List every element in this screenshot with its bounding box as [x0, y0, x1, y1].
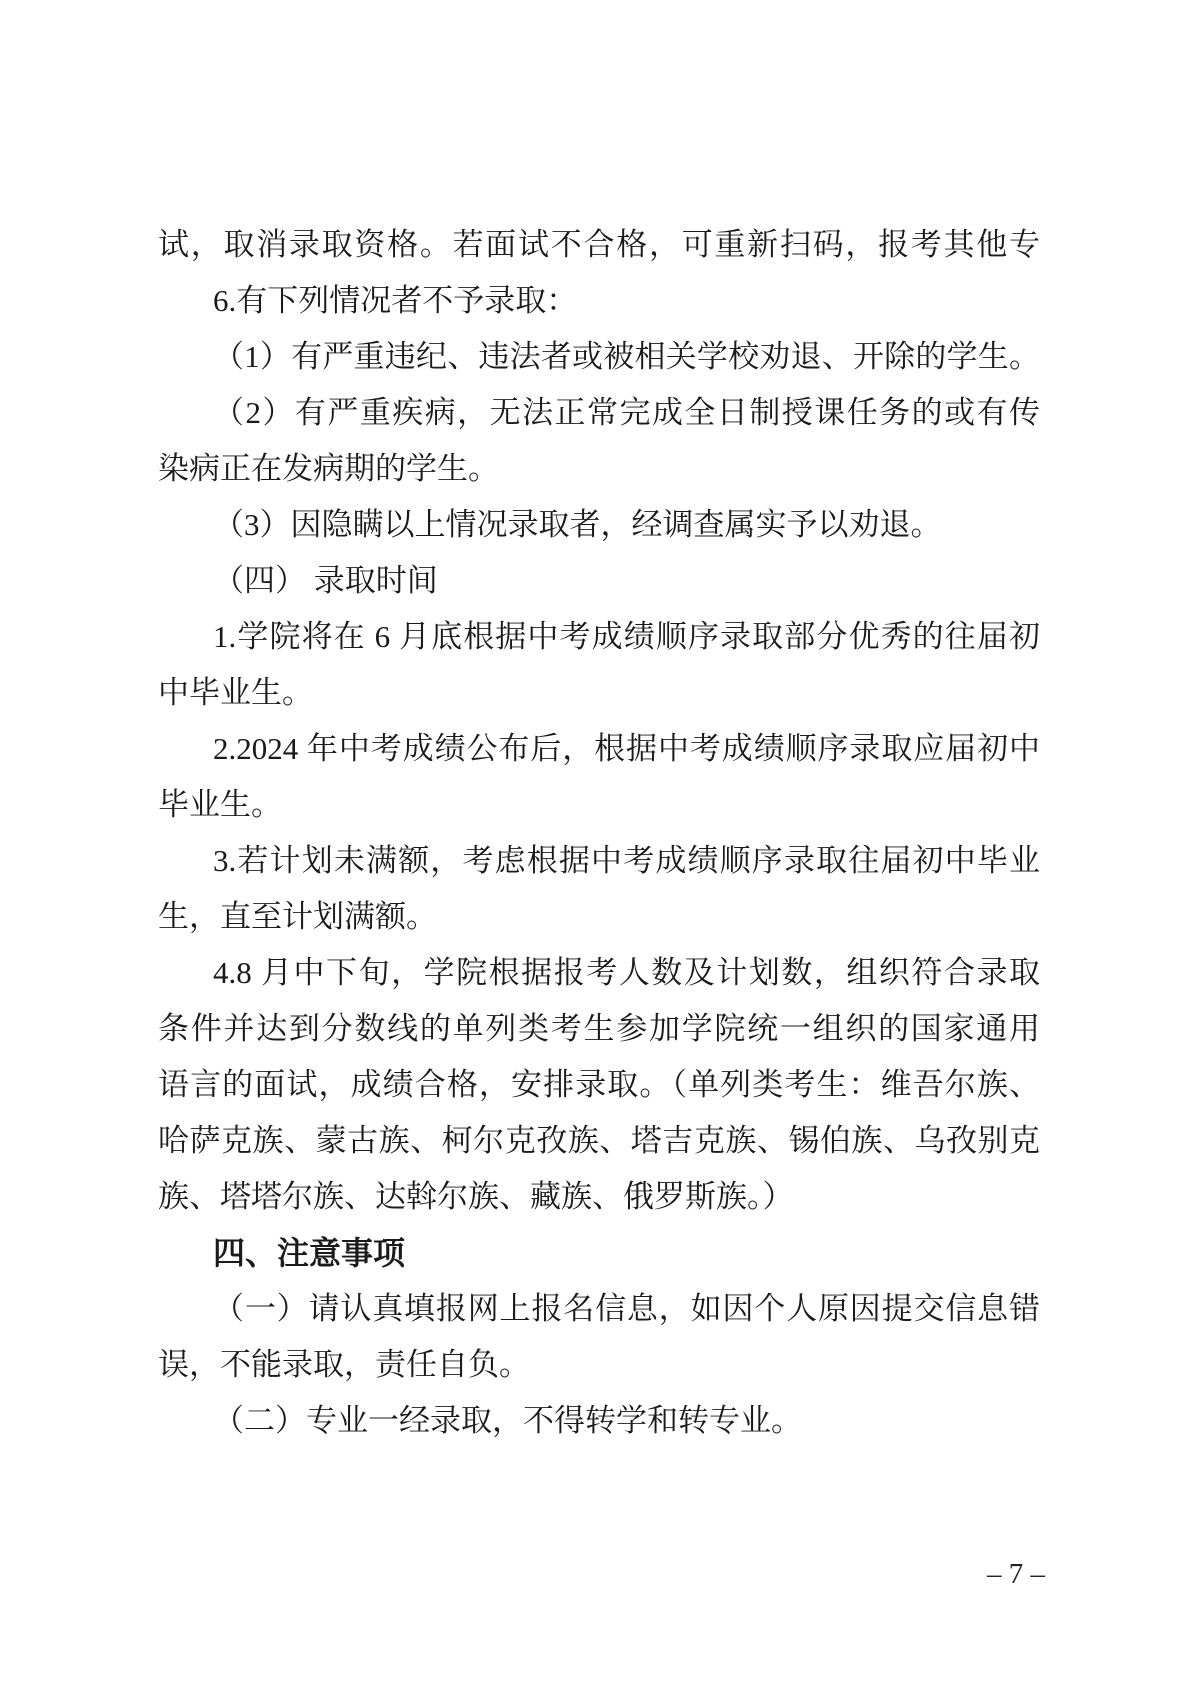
text-line: 染病正在发病期的学生。: [158, 441, 1040, 497]
text-line: 生，直至计划满额。: [158, 889, 1040, 945]
text-line: 哈萨克族、蒙古族、柯尔克孜族、塔吉克族、锡伯族、乌孜别克: [158, 1113, 1040, 1169]
subsection-heading-admission-time: （四） 录取时间: [158, 553, 1040, 609]
document-body: 试，取消录取资格。若面试不合格，可重新扫码，报考其他专业。 6.有下列情况者不予…: [158, 217, 1040, 1449]
section-heading-text: 四、注意事项: [158, 1225, 1040, 1281]
text-line: 试，取消录取资格。若面试不合格，可重新扫码，报考其他专业。: [158, 217, 1040, 273]
paragraph-item-3: 3.若计划未满额，考虑根据中考成绩顺序录取往届初中毕业 生，直至计划满额。: [158, 833, 1040, 945]
text-line: 族、塔塔尔族、达斡尔族、藏族、俄罗斯族。）: [158, 1169, 1040, 1225]
text-line: 条件并达到分数线的单列类考生参加学院统一组织的国家通用: [158, 1001, 1040, 1057]
text-line: 语言的面试，成绩合格，安排录取。（单列类考生：维吾尔族、: [158, 1057, 1040, 1113]
paragraph-item-4: 4.8 月中下旬，学院根据报考人数及计划数，组织符合录取 条件并达到分数线的单列…: [158, 945, 1040, 1225]
paragraph-item-6-1: （1）有严重违纪、违法者或被相关学校劝退、开除的学生。: [158, 329, 1040, 385]
paragraph-item-6-3: （3）因隐瞒以上情况录取者，经调查属实予以劝退。: [158, 497, 1040, 553]
text-line: 1.学院将在 6 月底根据中考成绩顺序录取部分优秀的往届初: [158, 609, 1040, 665]
text-line: 3.若计划未满额，考虑根据中考成绩顺序录取往届初中毕业: [158, 833, 1040, 889]
text-line: 毕业生。: [158, 777, 1040, 833]
text-line: （四） 录取时间: [158, 553, 1040, 609]
text-line: 误，不能录取，责任自负。: [158, 1337, 1040, 1393]
text-line: 2.2024 年中考成绩公布后，根据中考成绩顺序录取应届初中: [158, 721, 1040, 777]
section-heading-notes: 四、注意事项: [158, 1225, 1040, 1281]
paragraph-item-6: 6.有下列情况者不予录取：: [158, 273, 1040, 329]
text-line: 4.8 月中下旬，学院根据报考人数及计划数，组织符合录取: [158, 945, 1040, 1001]
document-page: 试，取消录取资格。若面试不合格，可重新扫码，报考其他专业。 6.有下列情况者不予…: [0, 0, 1191, 1684]
paragraph-note-2: （二）专业一经录取，不得转学和转专业。: [158, 1393, 1040, 1449]
text-line: 6.有下列情况者不予录取：: [158, 273, 1040, 329]
page-number: – 7 –: [987, 1558, 1045, 1591]
text-line: 中毕业生。: [158, 665, 1040, 721]
paragraph-item-1: 1.学院将在 6 月底根据中考成绩顺序录取部分优秀的往届初 中毕业生。: [158, 609, 1040, 721]
paragraph-continuation: 试，取消录取资格。若面试不合格，可重新扫码，报考其他专业。: [158, 217, 1040, 273]
text-line: （2）有严重疾病，无法正常完成全日制授课任务的或有传: [158, 385, 1040, 441]
text-line: （3）因隐瞒以上情况录取者，经调查属实予以劝退。: [158, 497, 1040, 553]
text-line: （一）请认真填报网上报名信息，如因个人原因提交信息错: [158, 1281, 1040, 1337]
text-line: （1）有严重违纪、违法者或被相关学校劝退、开除的学生。: [158, 329, 1040, 385]
paragraph-item-2: 2.2024 年中考成绩公布后，根据中考成绩顺序录取应届初中 毕业生。: [158, 721, 1040, 833]
text-line: （二）专业一经录取，不得转学和转专业。: [158, 1393, 1040, 1449]
paragraph-item-6-2: （2）有严重疾病，无法正常完成全日制授课任务的或有传 染病正在发病期的学生。: [158, 385, 1040, 497]
paragraph-note-1: （一）请认真填报网上报名信息，如因个人原因提交信息错 误，不能录取，责任自负。: [158, 1281, 1040, 1393]
